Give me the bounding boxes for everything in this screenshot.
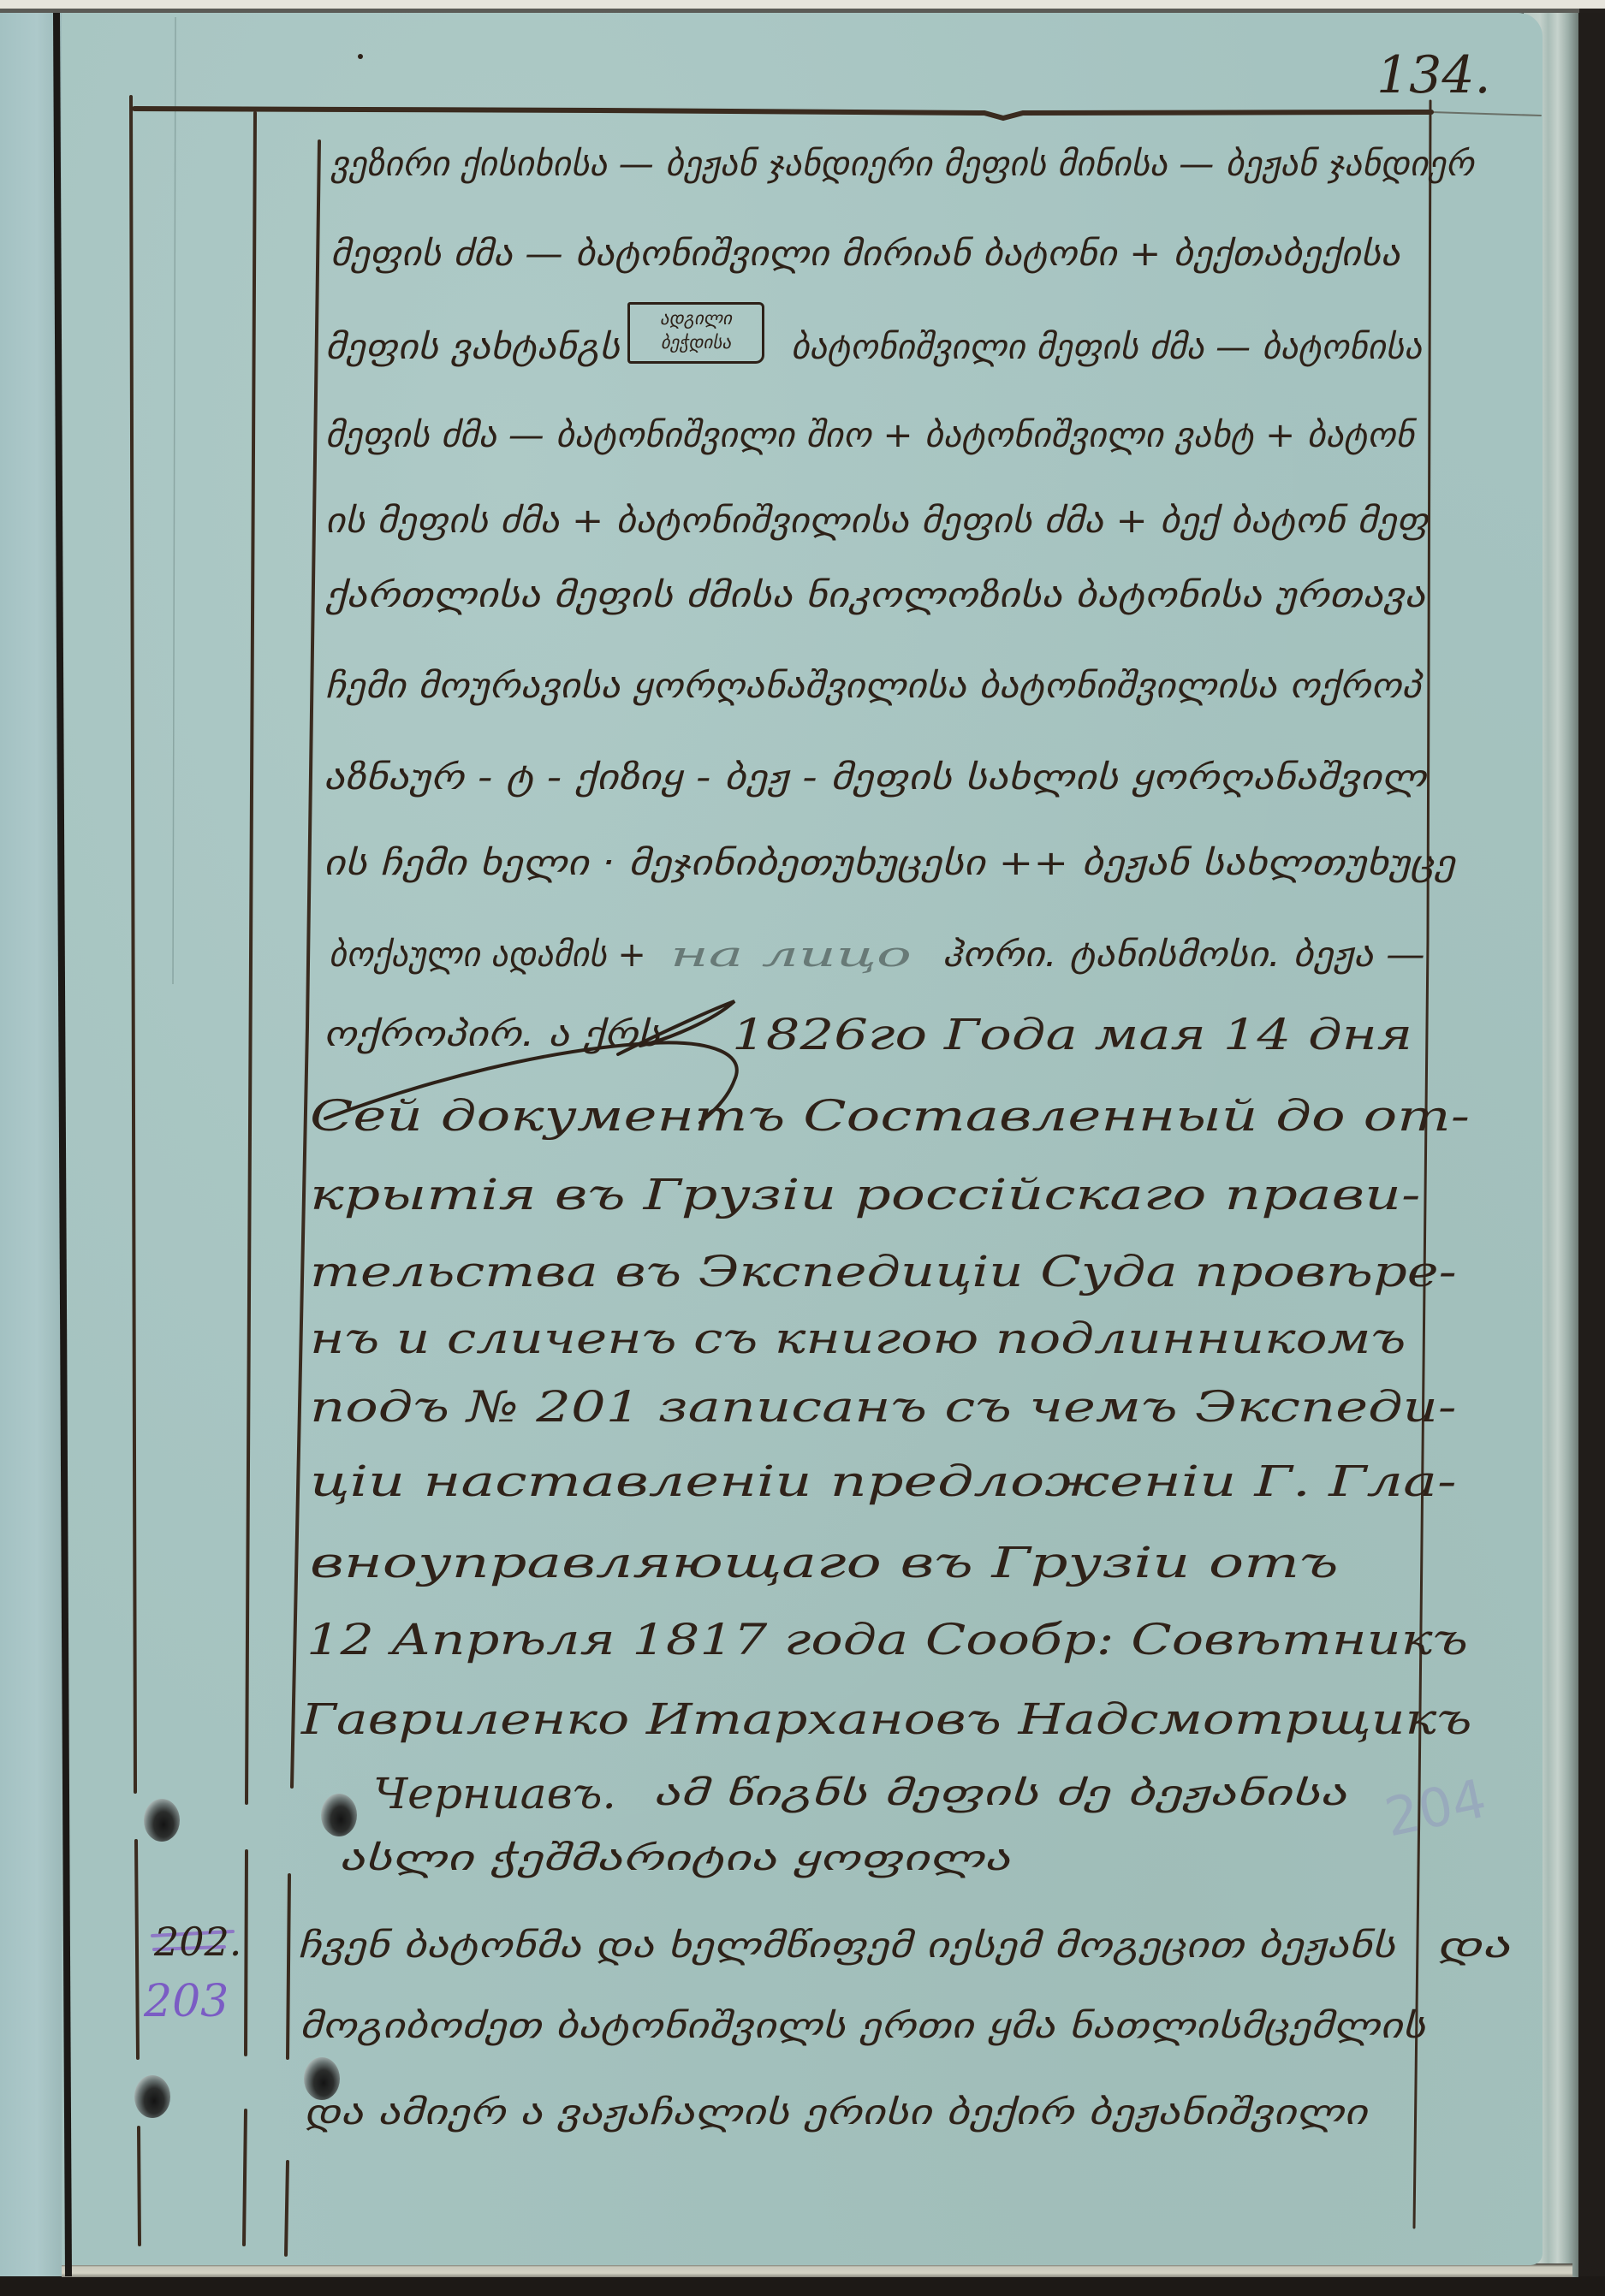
entry-number: 203 (144, 1975, 229, 2028)
seal-place-box: ადგილი ბეჭდისა (627, 302, 764, 364)
russian-line-5: подъ № 201 записанъ съ чемъ Экспеди- (310, 1379, 1457, 1435)
georgian-line-3-start: მეფის ვახტანგს (325, 323, 620, 372)
entry-2-line-1: ჩვენ ბატონმა და ხელმწიფემ იესემ მოგეცით … (298, 1921, 1395, 1971)
scanner-top-edge (0, 0, 1605, 9)
russian-line-2: крытія въ Грузіи россійскаго прави- (310, 1166, 1420, 1223)
book-binding-right (1578, 13, 1605, 2296)
russian-line-6: ціи наставленіи предложеніи Г. Гла- (310, 1453, 1457, 1510)
page-block-edge-bottom (62, 2263, 1572, 2277)
folio-number: 134. (1376, 44, 1491, 106)
georgian-line-4: მეფის ძმა — ბატონიშვილი შიო + ბატონიშვილ… (325, 411, 1414, 460)
seal-box-line-1: ადგილი (630, 306, 762, 330)
georgian-line-5: ის მეფის ძმა + ბატონიშვილისა მეფის ძმა +… (325, 496, 1429, 546)
entry-number-struck: 202. (154, 1917, 241, 1967)
closing-georgian: ასლი ჭეშმარიტია ყოფილა (339, 1834, 1010, 1884)
date-line: 1826го Года мая 14 дня (732, 1006, 1412, 1063)
pencil-note: на лицо (670, 930, 912, 980)
georgian-line-6: ქართლისა მეფის ძმისა ნიკოლოზისა ბატონისა… (325, 571, 1425, 620)
entry-2-margin-word: და (1436, 1921, 1510, 1971)
entry-2-line-2: მოგიბოძეთ ბატონიშვილს ერთი ყმა ნათლისმცე… (300, 2002, 1425, 2051)
signature-russian: Черниавъ. (373, 1765, 616, 1822)
previous-leaf-edge (0, 13, 62, 2276)
georgian-line-3-end: ბატონიშვილი მეფის ძმა — ბატონისა (791, 323, 1422, 372)
signature-georgian: ამ წიგნს მეფის ძე ბეჟანისა (653, 1769, 1346, 1818)
punch-hole (134, 2075, 170, 2118)
punch-hole (144, 1799, 180, 1842)
russian-line-7: вноуправляющаго въ Грузіи отъ (310, 1534, 1339, 1591)
georgian-line-11: ოქროპირ. ა ქრს (324, 1010, 660, 1059)
entry-2-line-3: და ამიერ ა ვაჟაჩალის ერისი ბექირ ბეჟანიშ… (304, 2088, 1367, 2138)
georgian-line-10-start: ბოქაული ადამის + (329, 930, 646, 980)
seal-box-line-2: ბეჭდისა (630, 330, 762, 354)
georgian-line-1: ვეზირი ქისიხისა — ბეჟან ჯანდიერი მეფის მ… (330, 139, 1474, 189)
georgian-line-7: ჩემი მოურავისა ყორღანაშვილისა ბატონიშვილ… (325, 662, 1421, 711)
georgian-line-9: ის ჩემი ხელი ‧ მეჯინიბეთუხუცესი ++ ბეჟან… (324, 839, 1455, 888)
russian-line-9: Гавриленко Итархановъ Надсмотрщикъ (301, 1691, 1471, 1747)
punch-hole (321, 1794, 357, 1836)
russian-line-8: 12 Апрѣля 1817 года Сообр: Совѣтникъ (306, 1611, 1468, 1668)
russian-line-3: тельства въ Экспедиціи Суда провѣре- (310, 1243, 1457, 1300)
russian-line-4: нъ и сличенъ съ книгою подлинникомъ (310, 1310, 1406, 1367)
georgian-line-2: მეფის ძმა — ბატონიშვილი მირიან ბატონი + … (330, 229, 1400, 279)
georgian-line-8: აზნაურ - ტ - ქიზიყ - ბეჟ - მეფის სახლის … (324, 753, 1426, 803)
book-binding-bottom (0, 2276, 1605, 2296)
georgian-line-10-end: ჰორი. ტანისმოსი. ბეჟა — (942, 930, 1425, 980)
russian-line-1: Сей документъ Составленный до от- (310, 1088, 1470, 1144)
